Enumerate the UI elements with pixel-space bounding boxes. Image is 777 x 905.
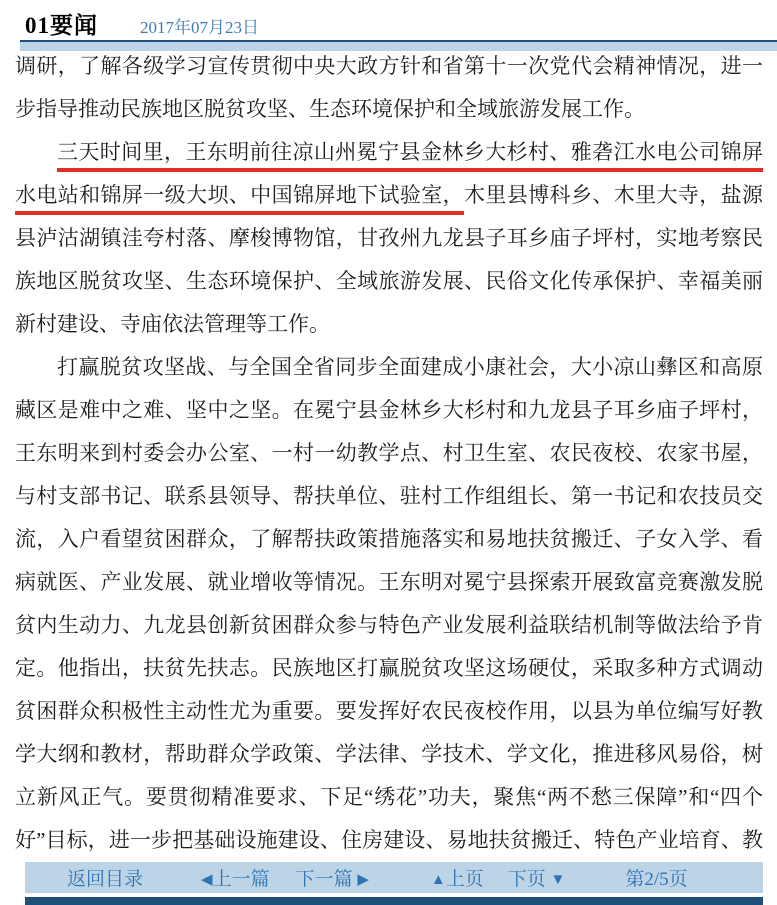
page-up-button[interactable]: ▲上页 — [431, 864, 484, 891]
article-paragraph: 打赢脱贫攻坚战、与全国全省同步全面建成小康社会，大小凉山彝区和高原藏区是难中之难… — [15, 346, 763, 861]
page-down-button[interactable]: 下页 ▼ — [508, 864, 566, 891]
page-indicator: 第2/5页 — [625, 864, 687, 891]
issue-date: 2017年07月23日 — [140, 13, 259, 40]
footer-nav-bar: 返回目录 ◀上一篇 下一篇 ▶ ▲上页 下页 ▼ 第2/5页 — [25, 862, 763, 893]
page-nav-group: ▲上页 下页 ▼ — [431, 864, 566, 891]
page-up-label: 上页 — [446, 869, 484, 890]
down-triangle-icon: ▼ — [551, 872, 566, 889]
left-triangle-icon: ◀ — [201, 870, 213, 889]
back-to-toc-button[interactable]: 返回目录 — [67, 864, 143, 891]
right-triangle-icon: ▶ — [357, 870, 369, 889]
section-title: 01要闻 — [25, 7, 98, 40]
paragraph-text: 调研，了解各级学习宣传贯彻中央大政方针和省第十一次党代会精神情况，进一步指导推动… — [15, 54, 763, 121]
article-paragraph: 调研，了解各级学习宣传贯彻中央大政方针和省第十一次党代会精神情况，进一步指导推动… — [15, 45, 763, 131]
paragraph-text: 打赢脱贫攻坚战、与全国全省同步全面建成小康社会，大小凉山彝区和高原藏区是难中之难… — [15, 355, 763, 861]
article-body: 调研，了解各级学习宣传贯彻中央大政方针和省第十一次党代会精神情况，进一步指导推动… — [15, 45, 763, 861]
up-triangle-icon: ▲ — [431, 872, 446, 889]
bottom-accent-bar — [25, 897, 763, 905]
prev-article-label: 上一篇 — [213, 869, 270, 890]
article-paragraph: 三天时间里，王东明前往凉山州冕宁县金林乡大杉村、雅砻江水电公司锦屏水电站和锦屏一… — [15, 131, 763, 346]
prev-article-button[interactable]: ◀上一篇 — [201, 864, 270, 891]
page-down-label: 下页 — [508, 869, 546, 890]
next-article-label: 下一篇 — [296, 869, 353, 890]
next-article-button[interactable]: 下一篇 ▶ — [296, 864, 369, 891]
article-nav-group: ◀上一篇 下一篇 ▶ — [201, 864, 369, 891]
page-header: 01要闻 2017年07月23日 — [25, 8, 259, 40]
